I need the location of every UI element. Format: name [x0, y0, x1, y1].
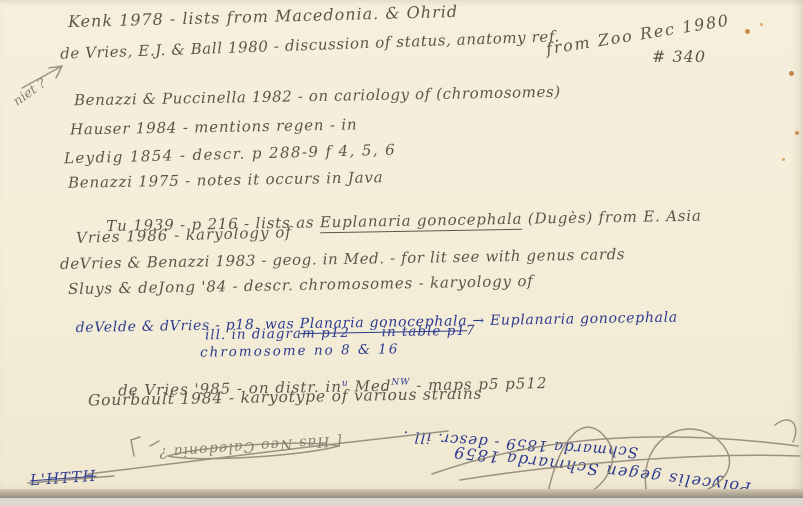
foxing-spot: [789, 71, 794, 76]
index-card: Kenk 1978 - lists from Macedonia. & Ohri…: [0, 0, 803, 489]
entry-hauser-1984: Hauser 1984 - mentions regen - in: [70, 116, 358, 138]
card-bottom-edge: [0, 489, 803, 498]
pencil-bracket-mark: [131, 437, 159, 456]
pencil-hook-mark: [775, 420, 796, 442]
foxing-spot: [760, 23, 763, 26]
note-has-neo-caledonia: [ Has Neo Caledonia ?: [158, 432, 342, 460]
catalog-number: # 340: [652, 48, 706, 66]
scan-background: [0, 498, 803, 506]
entry-kenk-1978: Kenk 1978 - lists from Macedonia. & Ohri…: [68, 3, 458, 31]
entry-leydig-1854: Leydig 1854 - descr. p 288-9 f 4, 5, 6: [64, 142, 396, 167]
foxing-spot: [795, 131, 799, 135]
entry-devries-benazzi-1983: deVries & Benazzi 1983 - geog. in Med. -…: [60, 246, 625, 272]
note-chromosome-number: chromosome no 8 & 16: [200, 342, 400, 360]
margin-note-niet: niet ?: [11, 77, 49, 110]
foxing-spot: [745, 29, 750, 34]
entry-tu-1939-post: (Dugès) from E. Asia: [522, 206, 702, 227]
entry-benazzi-1982: Benazzi & Puccinella 1982 - on cariology…: [74, 84, 561, 109]
crossed-out-initials: L'HTTH: [30, 468, 98, 489]
entry-sluys-dejong-1984: Sluys & deJong '84 - descr. chromosomes …: [68, 273, 534, 298]
entry-devries-ball-1980: de Vries, E.J. & Ball 1980 - discussion …: [60, 28, 560, 62]
foxing-spot: [782, 158, 785, 161]
entry-benazzi-1975: Benazzi 1975 - notes it occurs in Java: [68, 169, 384, 191]
species-euplanaria-gonocephala: Euplanaria gonocephala: [320, 209, 523, 233]
entry-develde-post: → Euplanaria gonocephala: [467, 310, 678, 330]
